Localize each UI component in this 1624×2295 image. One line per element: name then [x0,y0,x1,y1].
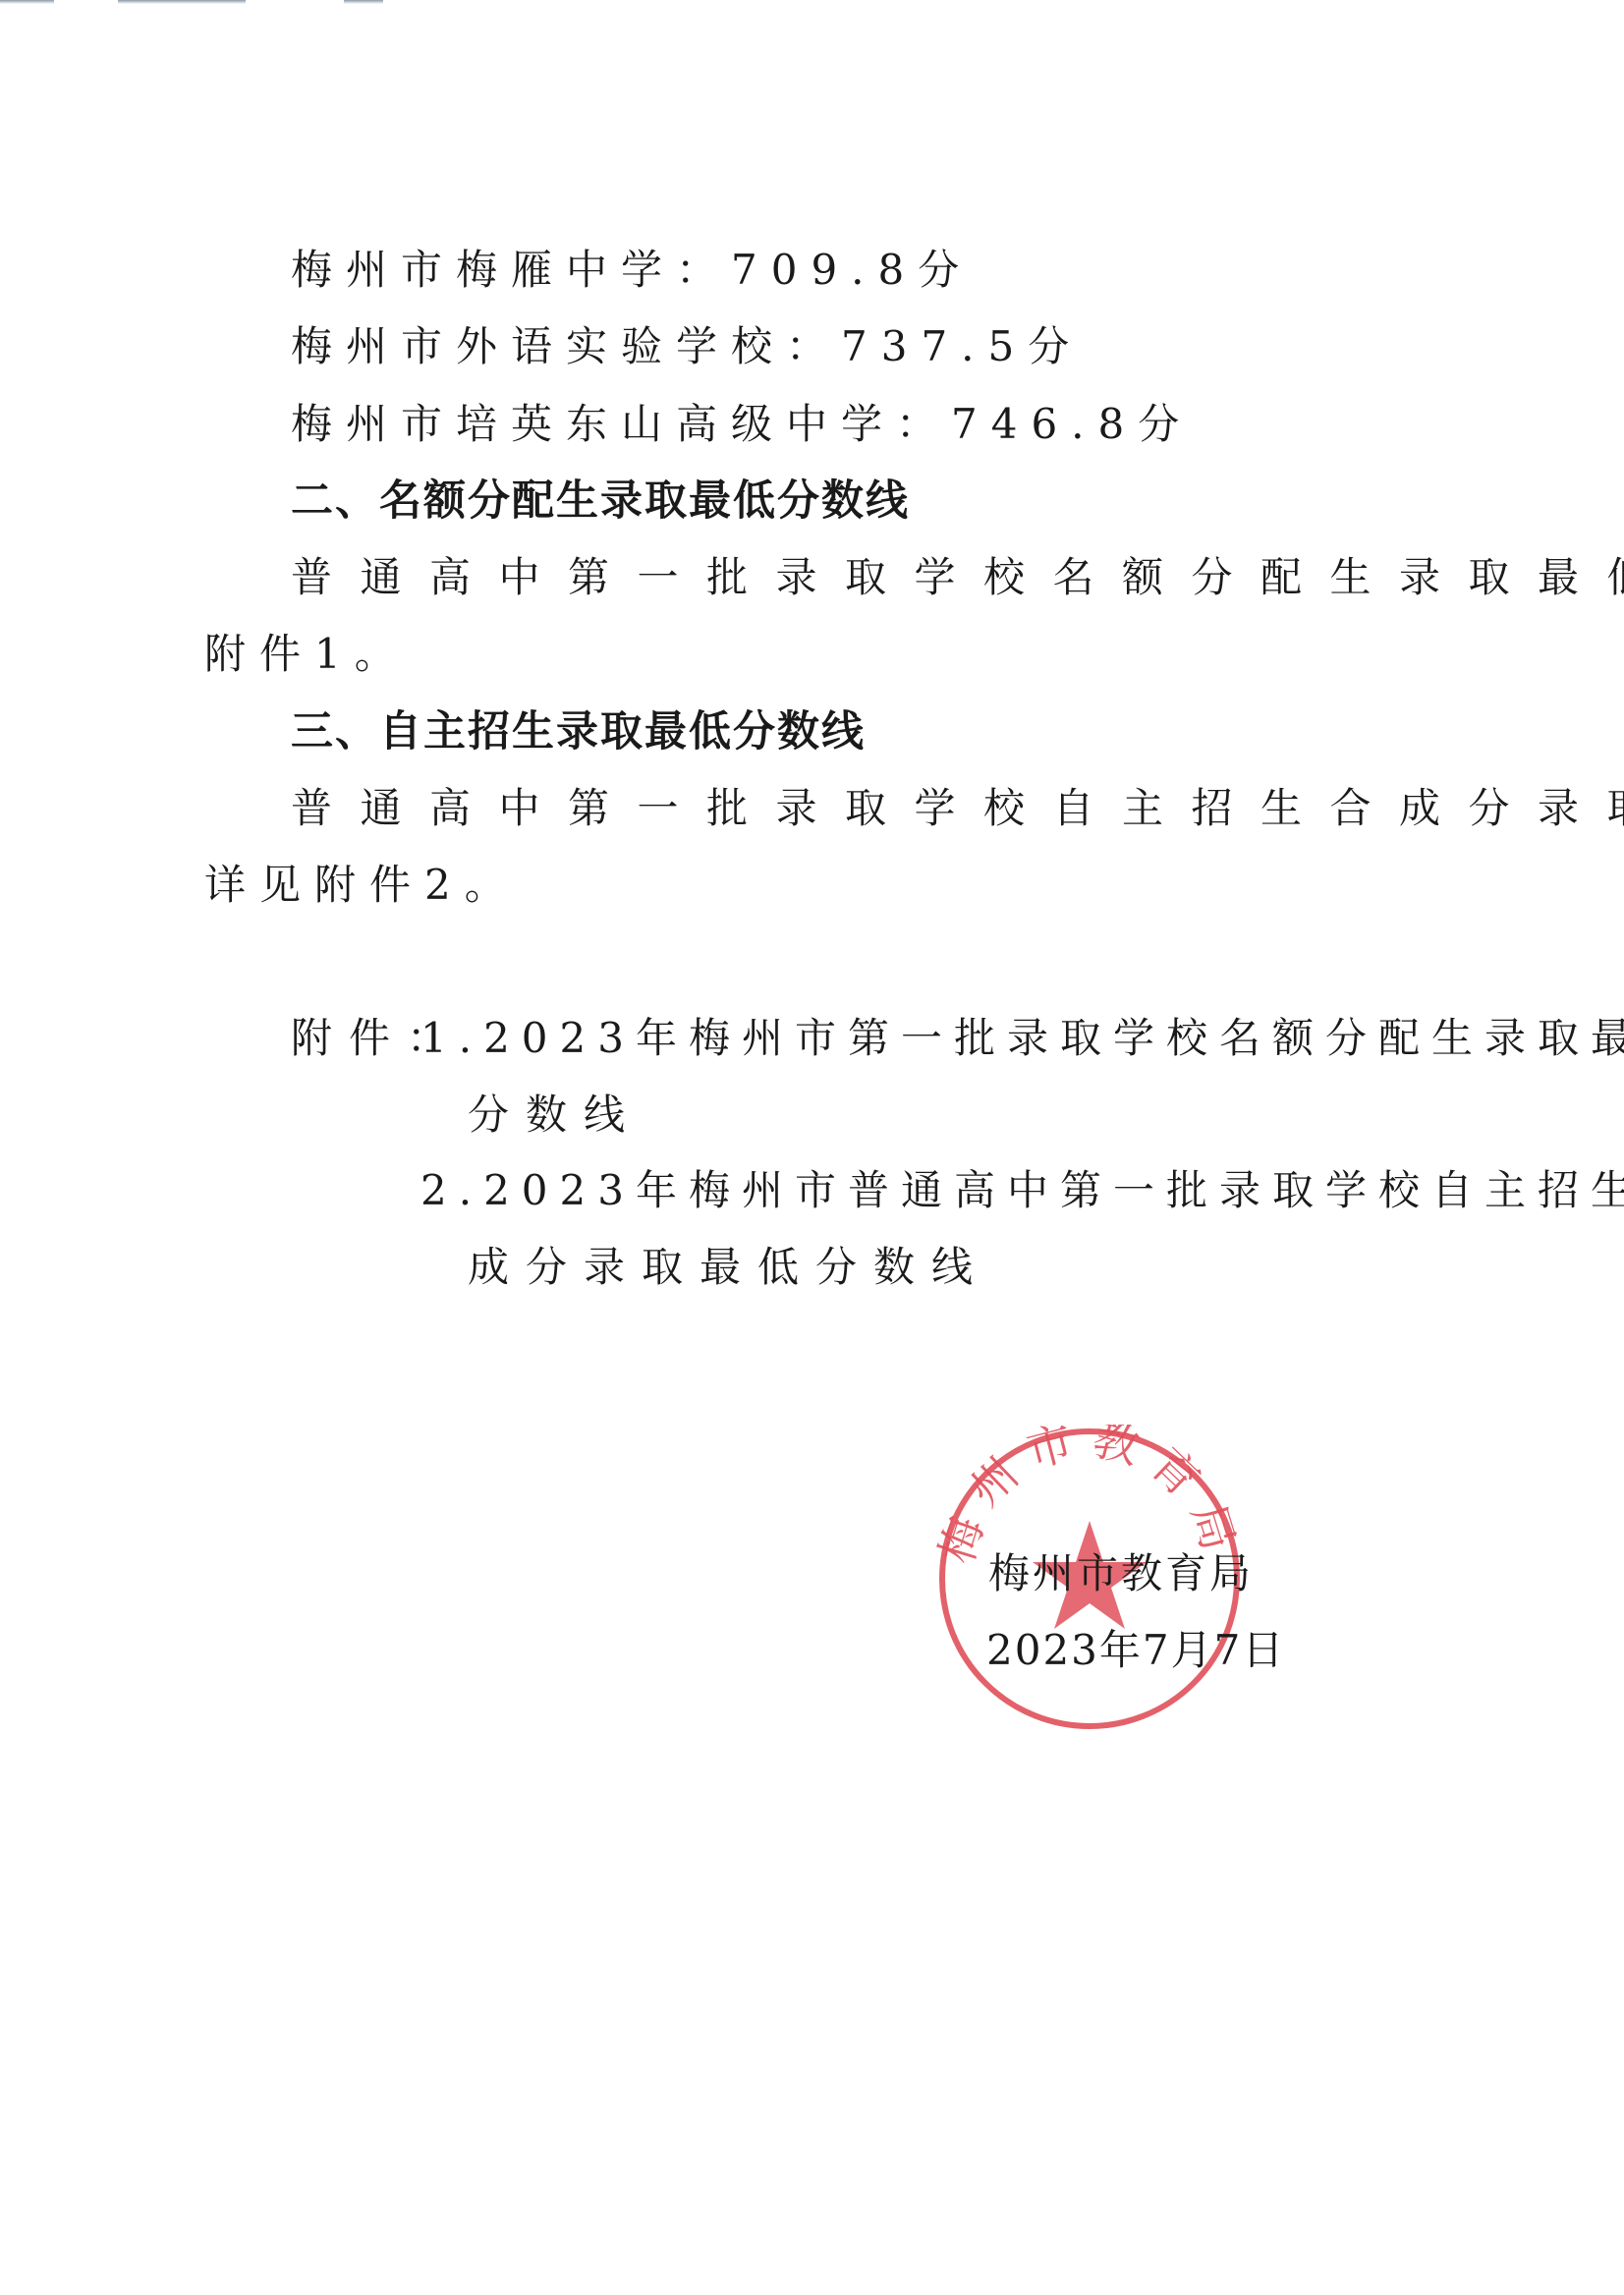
section-heading: 二、名额分配生录取最低分数线 [291,472,910,531]
attachment-item: 2.2023年梅州市普通高中第一批录取学校自主招生合 [420,1161,1624,1220]
section-heading: 三、自主招生录取最低分数线 [291,702,866,761]
section-paragraph: 普通高中第一批录取学校自主招生合成分录取最低分数线 [291,779,1624,838]
section-paragraph: 附件1。 [204,625,410,684]
school-score-line: 梅州市外语实验学校：737.5分 [291,317,1083,376]
section-paragraph: 普通高中第一批录取学校名额分配生录取最低分数线详见 [291,548,1624,607]
signature-organization: 梅州市教育局 [988,1544,1254,1603]
scan-edge-artifact [118,0,246,4]
school-score-line: 梅州市培英东山高级中学：746.8分 [291,395,1193,454]
attachment-item: 1.2023年梅州市第一批录取学校名额分配生录取最低 [420,1009,1624,1068]
attachment-item-continuation: 成分录取最低分数线 [468,1238,989,1297]
school-score-line: 梅州市梅雁中学：709.8分 [291,241,973,300]
section-paragraph: 详见附件2。 [204,856,520,915]
signature-date: 2023年7月7日 [986,1621,1285,1680]
scan-edge-artifact [344,0,383,4]
scan-edge-artifact [0,0,54,4]
attachment-item-continuation: 分数线 [468,1086,642,1145]
